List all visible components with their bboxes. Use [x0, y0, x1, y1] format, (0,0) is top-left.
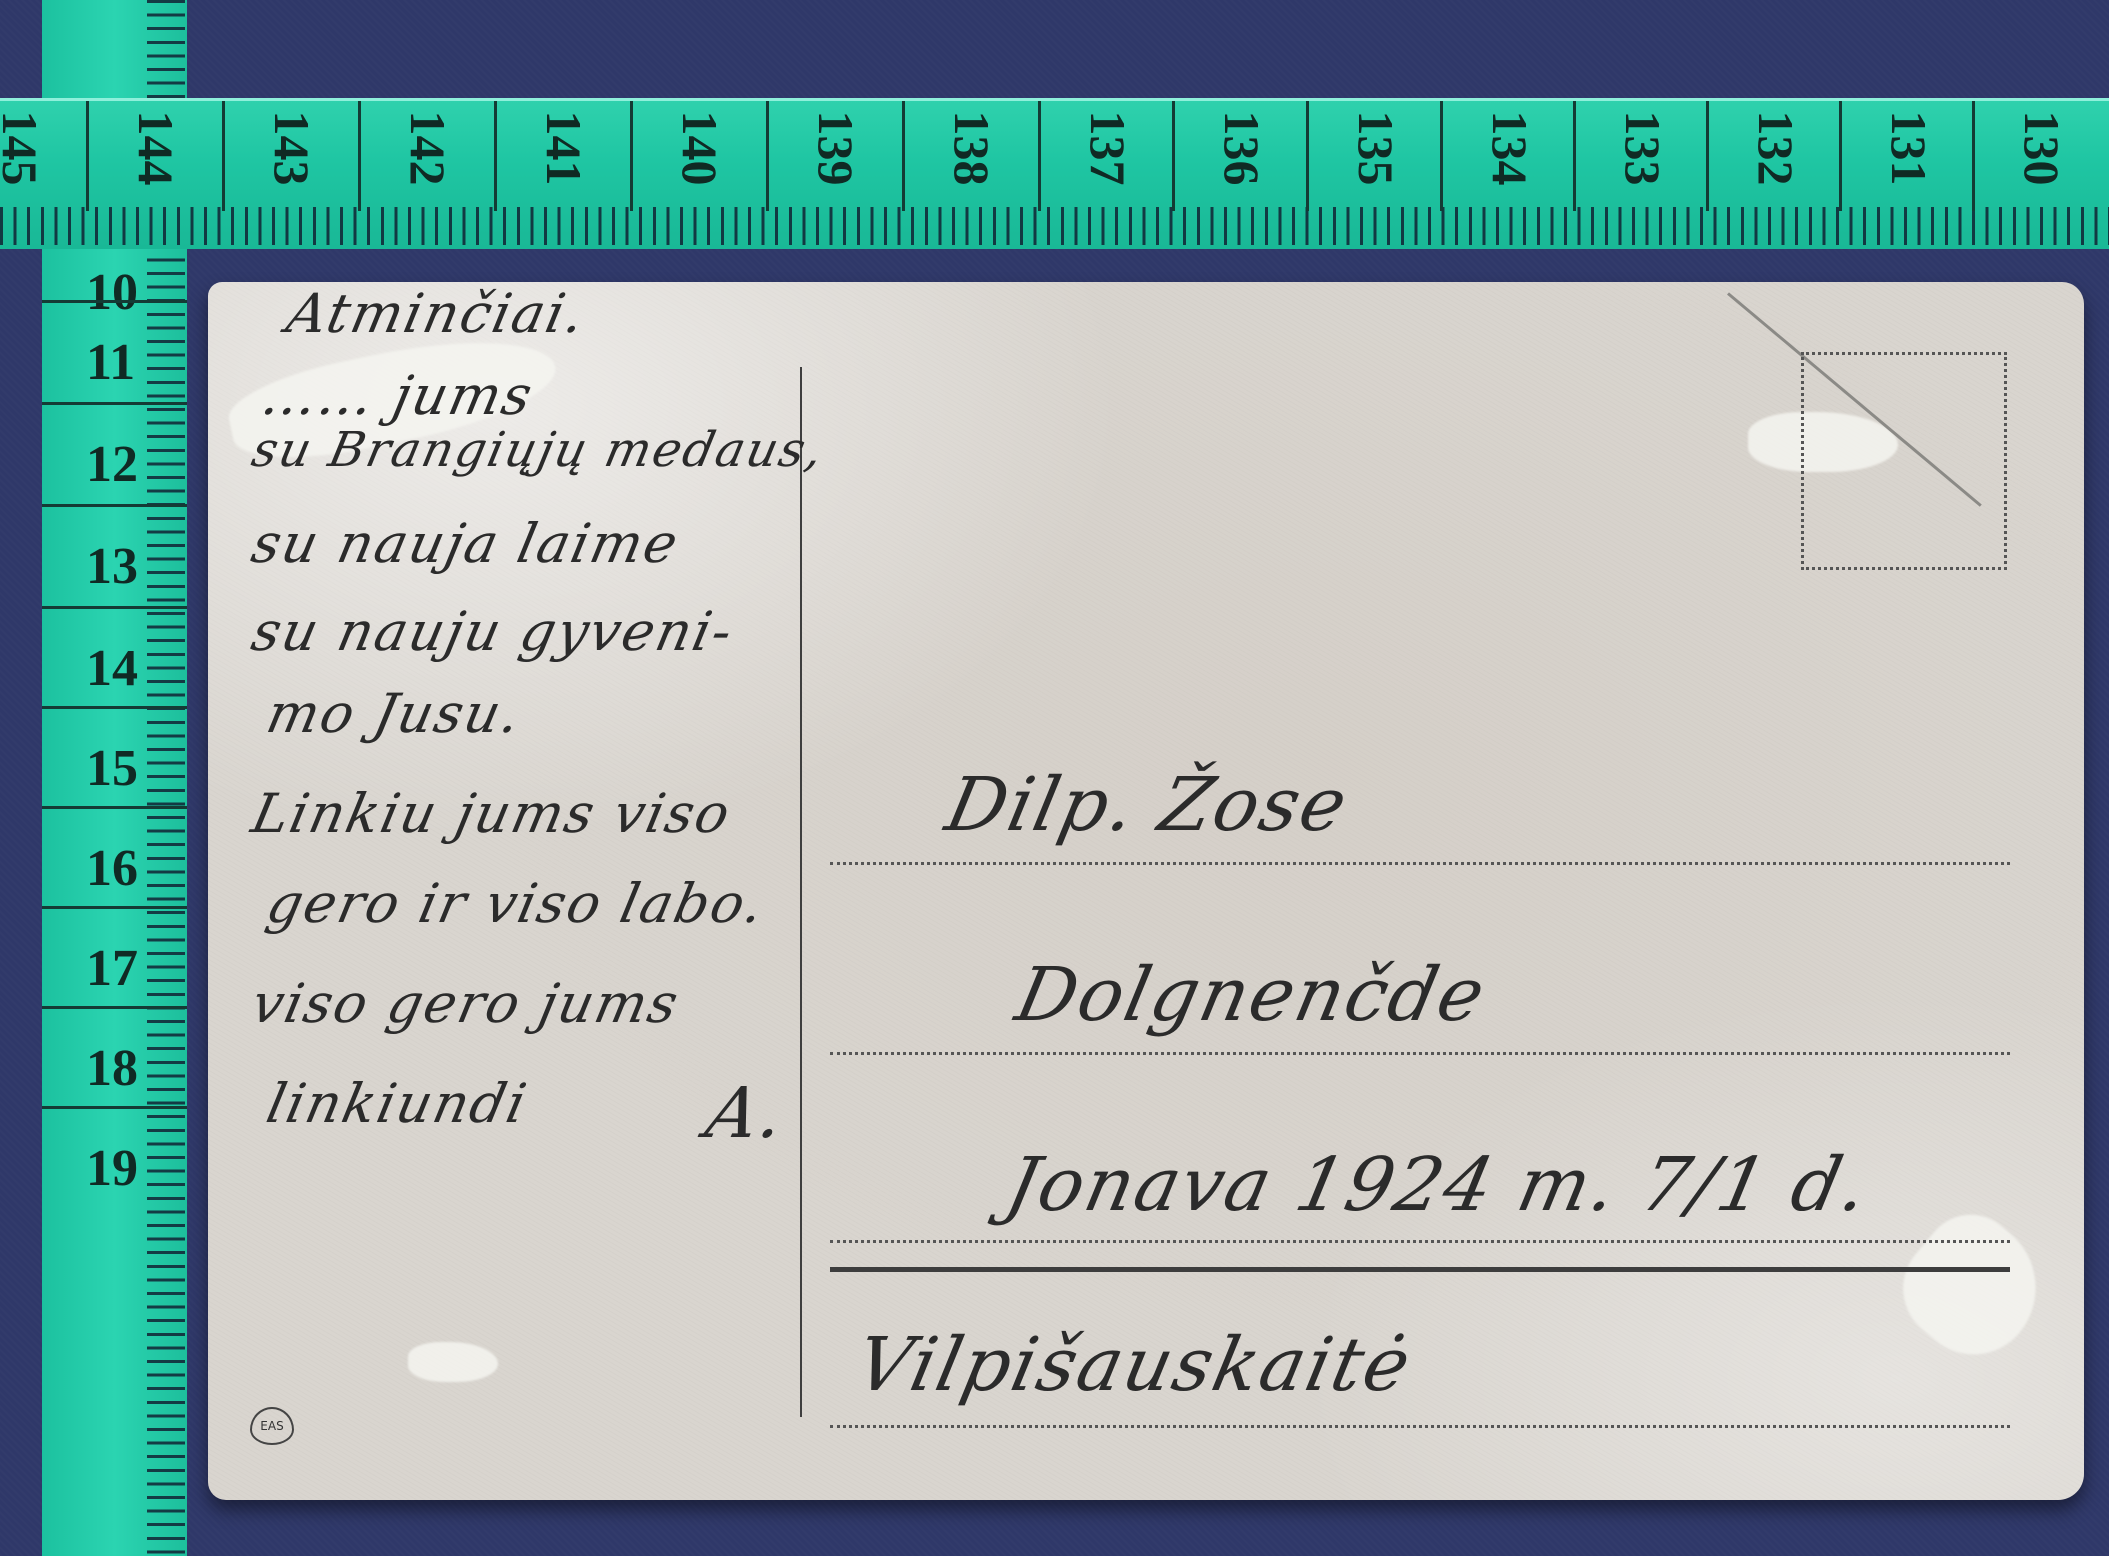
horizontal-measuring-tape: 145 144 143 142 141 140 139 138 137 136 … — [0, 98, 2109, 249]
tape-cell: 144 — [86, 101, 225, 211]
message-line: mo Jusu. — [261, 682, 527, 745]
tape-cell: 130 — [1972, 101, 2109, 211]
tape-label: 19 — [86, 1139, 138, 1198]
tape-label: 138 — [943, 93, 1001, 203]
paper-tear — [408, 1342, 498, 1382]
tape-cell: 140 — [630, 101, 769, 211]
address-dotted-line — [830, 1240, 2010, 1243]
address-dotted-line — [830, 1425, 2010, 1428]
tape-label: 139 — [807, 93, 865, 203]
message-line: Atminčiai. — [281, 282, 592, 345]
paper-tear — [1881, 1195, 2064, 1378]
tape-cell: 138 — [902, 101, 1041, 211]
message-line: linkiundi — [261, 1072, 533, 1135]
stamp-placeholder-box — [1801, 352, 2007, 570]
tape-cell: 139 — [766, 101, 905, 211]
tape-cell: 132 — [1706, 101, 1845, 211]
tape-label: 134 — [1481, 93, 1539, 203]
tape-cell: 142 — [358, 101, 497, 211]
tape-cell: 135 — [1306, 101, 1445, 211]
message-line: su Brangiųjų medaus, — [247, 422, 830, 478]
tape-label: 15 — [86, 739, 138, 798]
message-line: su nauju gyveni- — [246, 600, 739, 663]
tape-cell: 133 — [1573, 101, 1712, 211]
tape-label: 142 — [399, 93, 457, 203]
tape-label: 18 — [86, 1039, 138, 1098]
tape-label: 144 — [127, 93, 185, 203]
tape-label: 17 — [86, 939, 138, 998]
address-line: Vilpišauskaitė — [849, 1322, 1420, 1408]
message-line: viso gero jums — [246, 972, 685, 1035]
tape-label: 133 — [1614, 93, 1672, 203]
publisher-logo: EAS — [250, 1407, 294, 1445]
postcard: Atminčiai. …… jums su Brangiųjų medaus, … — [208, 282, 2084, 1500]
tape-cell: 143 — [222, 101, 361, 211]
tape-label: 13 — [86, 537, 138, 596]
address-line: Dolgnenčde — [1009, 952, 1494, 1038]
tape-label: 11 — [86, 333, 135, 392]
tape-label: 135 — [1347, 93, 1405, 203]
message-line: su nauja laime — [246, 512, 685, 575]
tape-label: 137 — [1079, 93, 1137, 203]
signature-initial: A. — [699, 1072, 793, 1154]
message-line: …… jums — [256, 364, 539, 427]
tape-label: 130 — [2013, 93, 2071, 203]
tape-label: 143 — [263, 93, 321, 203]
address-dotted-line — [830, 1052, 2010, 1055]
tape-cell: 145 — [0, 101, 89, 211]
address-solid-line — [830, 1267, 2010, 1272]
tape-cell: 131 — [1839, 101, 1978, 211]
tape-label: 145 — [0, 93, 49, 203]
tape-label: 132 — [1747, 93, 1805, 203]
tape-label: 136 — [1213, 93, 1271, 203]
tape-label: 140 — [671, 93, 729, 203]
tape-label: 131 — [1880, 93, 1938, 203]
tape-label: 12 — [86, 435, 138, 494]
tape-cell: 137 — [1038, 101, 1177, 211]
message-line: gero ir viso labo. — [261, 872, 771, 935]
tape-cell: 141 — [494, 101, 633, 211]
tape-label: 16 — [86, 839, 138, 898]
horizontal-tape-ticks — [0, 207, 2109, 245]
center-divider-line — [800, 367, 802, 1417]
tape-label: 141 — [535, 93, 593, 203]
message-line: Linkiu jums viso — [246, 782, 737, 845]
tape-cell: 19 — [42, 1106, 187, 1245]
address-line: Dilp. Žose — [939, 762, 1356, 848]
address-dotted-line — [830, 862, 2010, 865]
tape-label: 14 — [86, 639, 138, 698]
address-line: Jonava 1924 m. 7/1 d. — [999, 1142, 1877, 1228]
tape-cell: 134 — [1440, 101, 1579, 211]
tape-cell: 136 — [1172, 101, 1311, 211]
